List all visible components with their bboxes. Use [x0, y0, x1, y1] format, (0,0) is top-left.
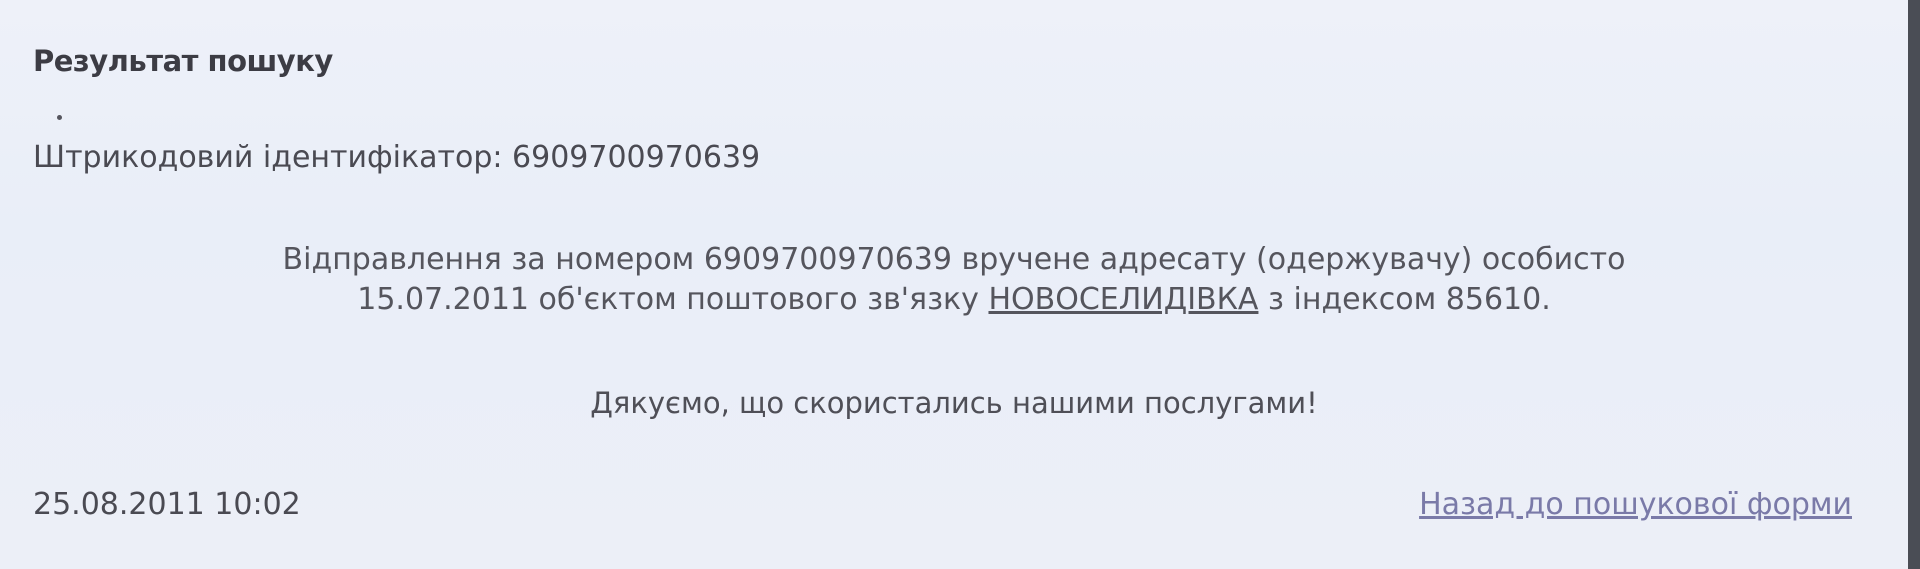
search-result-page: Результат пошуку Штрикодовий ідентифікат… [0, 0, 1908, 569]
bullet-icon [57, 115, 62, 120]
back-to-search-form-link[interactable]: Назад до пошукової форми [1419, 487, 1852, 522]
barcode-label: Штрикодовий ідентифікатор: [33, 140, 502, 175]
thanks-message: Дякуємо, що скористались нашими послугам… [0, 386, 1908, 420]
barcode-value: 6909700970639 [512, 140, 760, 175]
message-line-1: Відправлення за номером 6909700970639 вр… [0, 240, 1908, 280]
message-line-2-prefix: 15.07.2011 об'єктом поштового зв'язку [357, 282, 979, 317]
delivery-status-message: Відправлення за номером 6909700970639 вр… [0, 240, 1908, 320]
page-title: Результат пошуку [33, 44, 333, 78]
post-office-link[interactable]: НОВОСЕЛИДІВКА [988, 282, 1258, 317]
barcode-identifier: Штрикодовий ідентифікатор: 6909700970639 [33, 140, 760, 175]
message-line-2-suffix: з індексом 85610. [1268, 282, 1551, 317]
timestamp: 25.08.2011 10:02 [33, 487, 301, 522]
message-line-2: 15.07.2011 об'єктом поштового зв'язку НО… [0, 280, 1908, 320]
